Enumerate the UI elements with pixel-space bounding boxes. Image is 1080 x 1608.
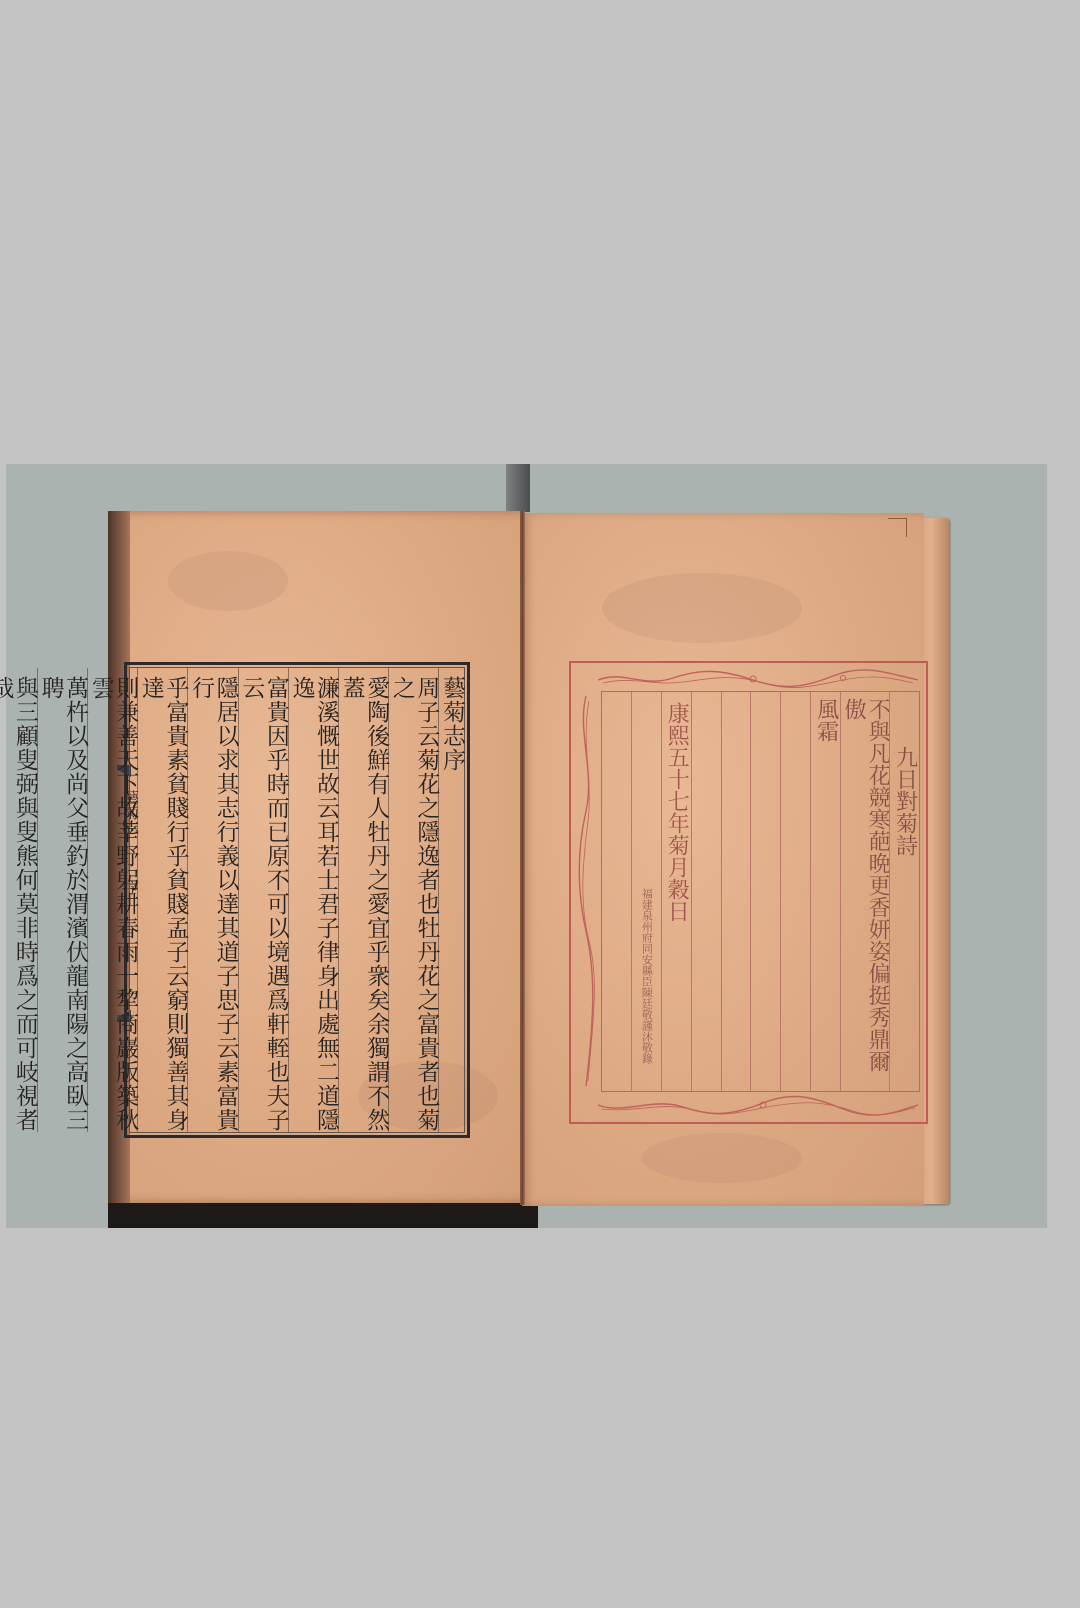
column-text: 周子云菊花之隱逸者也牡丹花之富貴者也菊之 xyxy=(389,676,438,1132)
empty-column xyxy=(721,692,751,1091)
date-column: 康熙五十七年菊月穀日 xyxy=(661,692,691,1091)
poem-line-2: 風霜 xyxy=(814,698,838,742)
text-column: 周子云菊花之隱逸者也牡丹花之富貴者也菊之 xyxy=(388,668,438,1132)
empty-column xyxy=(750,692,780,1091)
dragon-border-top-icon xyxy=(593,668,923,690)
text-column: 愛陶後鮮有人牡丹之愛宜乎衆矣余獨謂不然蓋 xyxy=(338,668,388,1132)
left-text-frame: 藝菊志序 周子云菊花之隱逸者也牡丹花之富貴者也菊之 愛陶後鮮有人牡丹之愛宜乎衆矣… xyxy=(124,662,470,1138)
text-column: 萬杵以及尚父垂釣於渭濱伏龍南陽之高臥三聘 xyxy=(37,668,87,1132)
red-dragon-frame: 九日對菊詩 不與凡花競寒葩晩更香妍姿偏挺秀鼎爾傲 風霜 康熙五十七年菊月穀日 福… xyxy=(569,661,928,1124)
left-text-columns: 藝菊志序 周子云菊花之隱逸者也牡丹花之富貴者也菊之 愛陶後鮮有人牡丹之愛宜乎衆矣… xyxy=(130,668,464,1132)
text-column: 與三顧叟弼與叟熊何莫非時爲之而可岐視者哉 xyxy=(0,668,37,1132)
column-text: 濂溪慨世故云耳若士君子律身出處無二道隱逸 xyxy=(289,676,338,1132)
preface-title: 藝菊志序 xyxy=(439,676,464,772)
column-text: 富貴因乎時而已原不可以境遇爲軒輊也夫子云 xyxy=(239,676,288,1132)
paper-stain xyxy=(168,551,288,611)
text-column: 則兼善天下故莘野躬耕春雨一犂商巖版築秋雲 xyxy=(87,668,137,1132)
text-column: 富貴因乎時而已原不可以境遇爲軒輊也夫子云 xyxy=(238,668,288,1132)
paper-stain xyxy=(602,573,802,643)
text-column: 乎富貴素貧賤行乎貧賤孟子云窮則獨善其身達 xyxy=(137,668,187,1132)
spine-shadow-top xyxy=(506,464,530,512)
signature-text: 福建泉州府同安縣臣陳廷敬謹沐敬錄 xyxy=(640,888,652,1064)
preface-title-column: 藝菊志序 xyxy=(438,668,464,1132)
signature-column: 福建泉州府同安縣臣陳廷敬謹沐敬錄 xyxy=(631,692,661,1091)
column-text: 乎富貴素貧賤行乎貧賤孟子云窮則獨善其身達 xyxy=(138,676,187,1132)
empty-column xyxy=(602,692,631,1091)
date-text: 康熙五十七年菊月穀日 xyxy=(664,702,688,922)
text-column: 隱居以求其志行義以達其道子思子云素富貴行 xyxy=(187,668,237,1132)
column-text: 與三顧叟弼與叟熊何莫非時爲之而可岐視者哉 xyxy=(0,676,37,1132)
paper-stain xyxy=(642,1133,802,1183)
column-text: 萬杵以及尚父垂釣於渭濱伏龍南陽之高臥三聘 xyxy=(38,676,87,1132)
text-column: 濂溪慨世故云耳若士君子律身出處無二道隱逸 xyxy=(288,668,338,1132)
dragon-border-left-icon xyxy=(575,691,597,1091)
poem-line-column: 不與凡花競寒葩晩更香妍姿偏挺秀鼎爾傲 xyxy=(840,692,889,1091)
column-text: 隱居以求其志行義以達其道子思子云素富貴行 xyxy=(188,676,237,1132)
column-text: 愛陶後鮮有人牡丹之愛宜乎衆矣余獨謂不然蓋 xyxy=(339,676,388,1132)
empty-column xyxy=(691,692,721,1091)
corner-fold-mark xyxy=(888,518,907,537)
dragon-border-bottom-icon xyxy=(593,1095,923,1117)
poem-line-column: 風霜 xyxy=(810,692,840,1091)
red-ruled-columns: 九日對菊詩 不與凡花競寒葩晩更香妍姿偏挺秀鼎爾傲 風霜 康熙五十七年菊月穀日 福… xyxy=(601,691,920,1092)
center-gutter xyxy=(520,511,525,1205)
poem-line-1: 不與凡花競寒葩晩更香妍姿偏挺秀鼎爾傲 xyxy=(841,698,889,1091)
empty-column xyxy=(780,692,810,1091)
poem-title-column: 九日對菊詩 xyxy=(889,692,919,1091)
poem-title: 九日對菊詩 xyxy=(893,746,917,856)
column-text: 則兼善天下故莘野躬耕春雨一犂商巖版築秋雲 xyxy=(88,676,137,1132)
